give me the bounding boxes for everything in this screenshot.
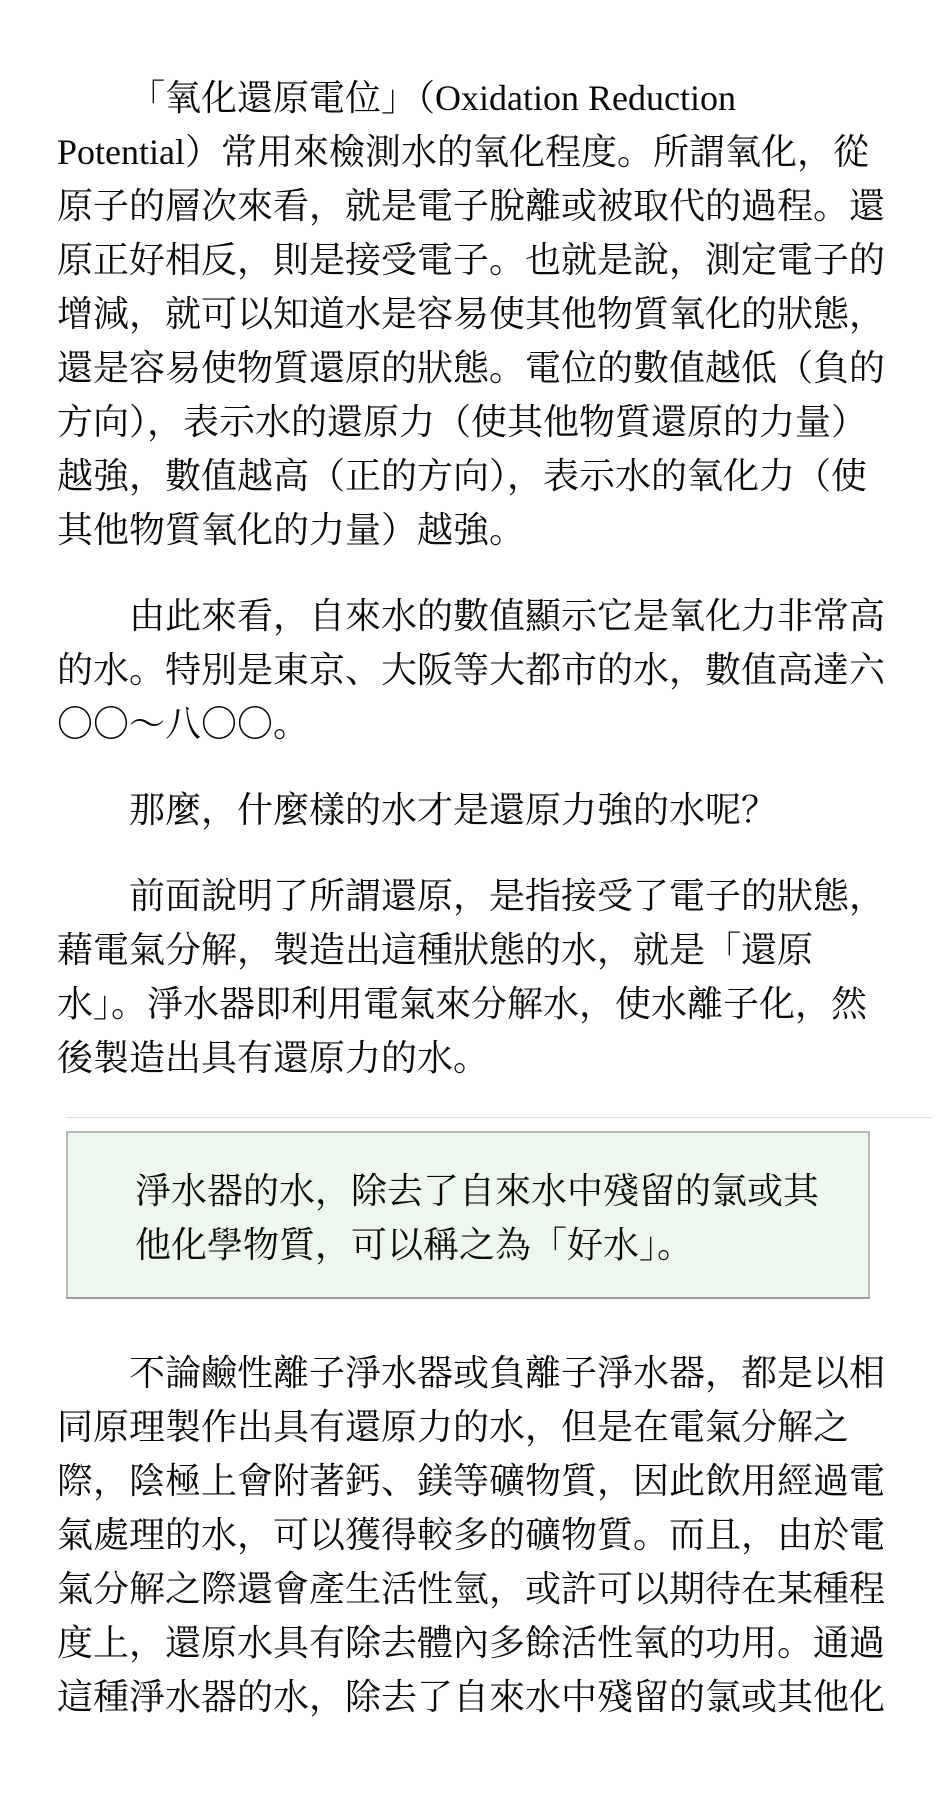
text-line: 那麼，什麼樣的水才是還原力強的水呢？ xyxy=(57,783,885,837)
callout-box: 淨水器的水，除去了自來水中殘留的氯或其 他化學物質，可以稱之為「好水」。 xyxy=(66,1131,870,1299)
text-line: 氣分解之際還會產生活性氫，或許可以期待在某種程 xyxy=(57,1562,885,1616)
text-line: Potential）常用來檢測水的氧化程度。所謂氧化，從 xyxy=(57,125,885,179)
document-content: 「氧化還原電位」（Oxidation Reduction Potential）常… xyxy=(57,71,885,1756)
paragraph-2: 由此來看，自來水的數值顯示它是氧化力非常高 的水。特別是東京、大阪等大都市的水，… xyxy=(57,589,885,751)
text-line: 水」。淨水器即利用電氣來分解水，使水離子化，然 xyxy=(57,977,885,1031)
text-line: 際，陰極上會附著鈣、鎂等礦物質，因此飲用經過電 xyxy=(57,1454,885,1508)
document-page: 「氧化還原電位」（Oxidation Reduction Potential）常… xyxy=(0,0,936,1800)
paragraph-4: 前面說明了所謂還原，是指接受了電子的狀態， 藉電氣分解，製造出這種狀態的水，就是… xyxy=(57,869,885,1085)
paragraph-1: 「氧化還原電位」（Oxidation Reduction Potential）常… xyxy=(57,71,885,557)
text-line: 原子的層次來看，就是電子脫離或被取代的過程。還 xyxy=(57,179,885,233)
text-line: 〇〇～八〇〇。 xyxy=(57,697,885,751)
text-line: 的水。特別是東京、大阪等大都市的水，數值高達六 xyxy=(57,643,885,697)
divider-line xyxy=(66,1117,932,1118)
text-line: 氣處理的水，可以獲得較多的礦物質。而且，由於電 xyxy=(57,1508,885,1562)
text-line: 還是容易使物質還原的狀態。電位的數值越低（負的 xyxy=(57,341,885,395)
text-line: 原正好相反，則是接受電子。也就是說，測定電子的 xyxy=(57,233,885,287)
text-line: 這種淨水器的水，除去了自來水中殘留的氯或其他化 xyxy=(57,1670,885,1724)
text-line: 不論鹼性離子淨水器或負離子淨水器，都是以相 xyxy=(57,1346,885,1400)
text-line: 由此來看，自來水的數值顯示它是氧化力非常高 xyxy=(57,589,885,643)
text-line: 越強，數值越高（正的方向），表示水的氧化力（使 xyxy=(57,449,885,503)
text-line: 增減，就可以知道水是容易使其他物質氧化的狀態， xyxy=(57,287,885,341)
text-line: 前面說明了所謂還原，是指接受了電子的狀態， xyxy=(57,869,885,923)
callout-text-line: 他化學物質，可以稱之為「好水」。 xyxy=(135,1218,840,1272)
text-line: 其他物質氧化的力量）越強。 xyxy=(57,503,885,557)
text-line: 方向），表示水的還原力（使其他物質還原的力量） xyxy=(57,395,885,449)
callout-text-line: 淨水器的水，除去了自來水中殘留的氯或其 xyxy=(135,1164,840,1218)
paragraph-5: 不論鹼性離子淨水器或負離子淨水器，都是以相 同原理製作出具有還原力的水，但是在電… xyxy=(57,1346,885,1724)
text-line: 同原理製作出具有還原力的水，但是在電氣分解之 xyxy=(57,1400,885,1454)
text-line: 藉電氣分解，製造出這種狀態的水，就是「還原 xyxy=(57,923,885,977)
text-line: 後製造出具有還原力的水。 xyxy=(57,1031,885,1085)
text-line: 度上，還原水具有除去體內多餘活性氧的功用。通過 xyxy=(57,1616,885,1670)
paragraph-3: 那麼，什麼樣的水才是還原力強的水呢？ xyxy=(57,783,885,837)
text-line: 「氧化還原電位」（Oxidation Reduction xyxy=(57,71,885,125)
